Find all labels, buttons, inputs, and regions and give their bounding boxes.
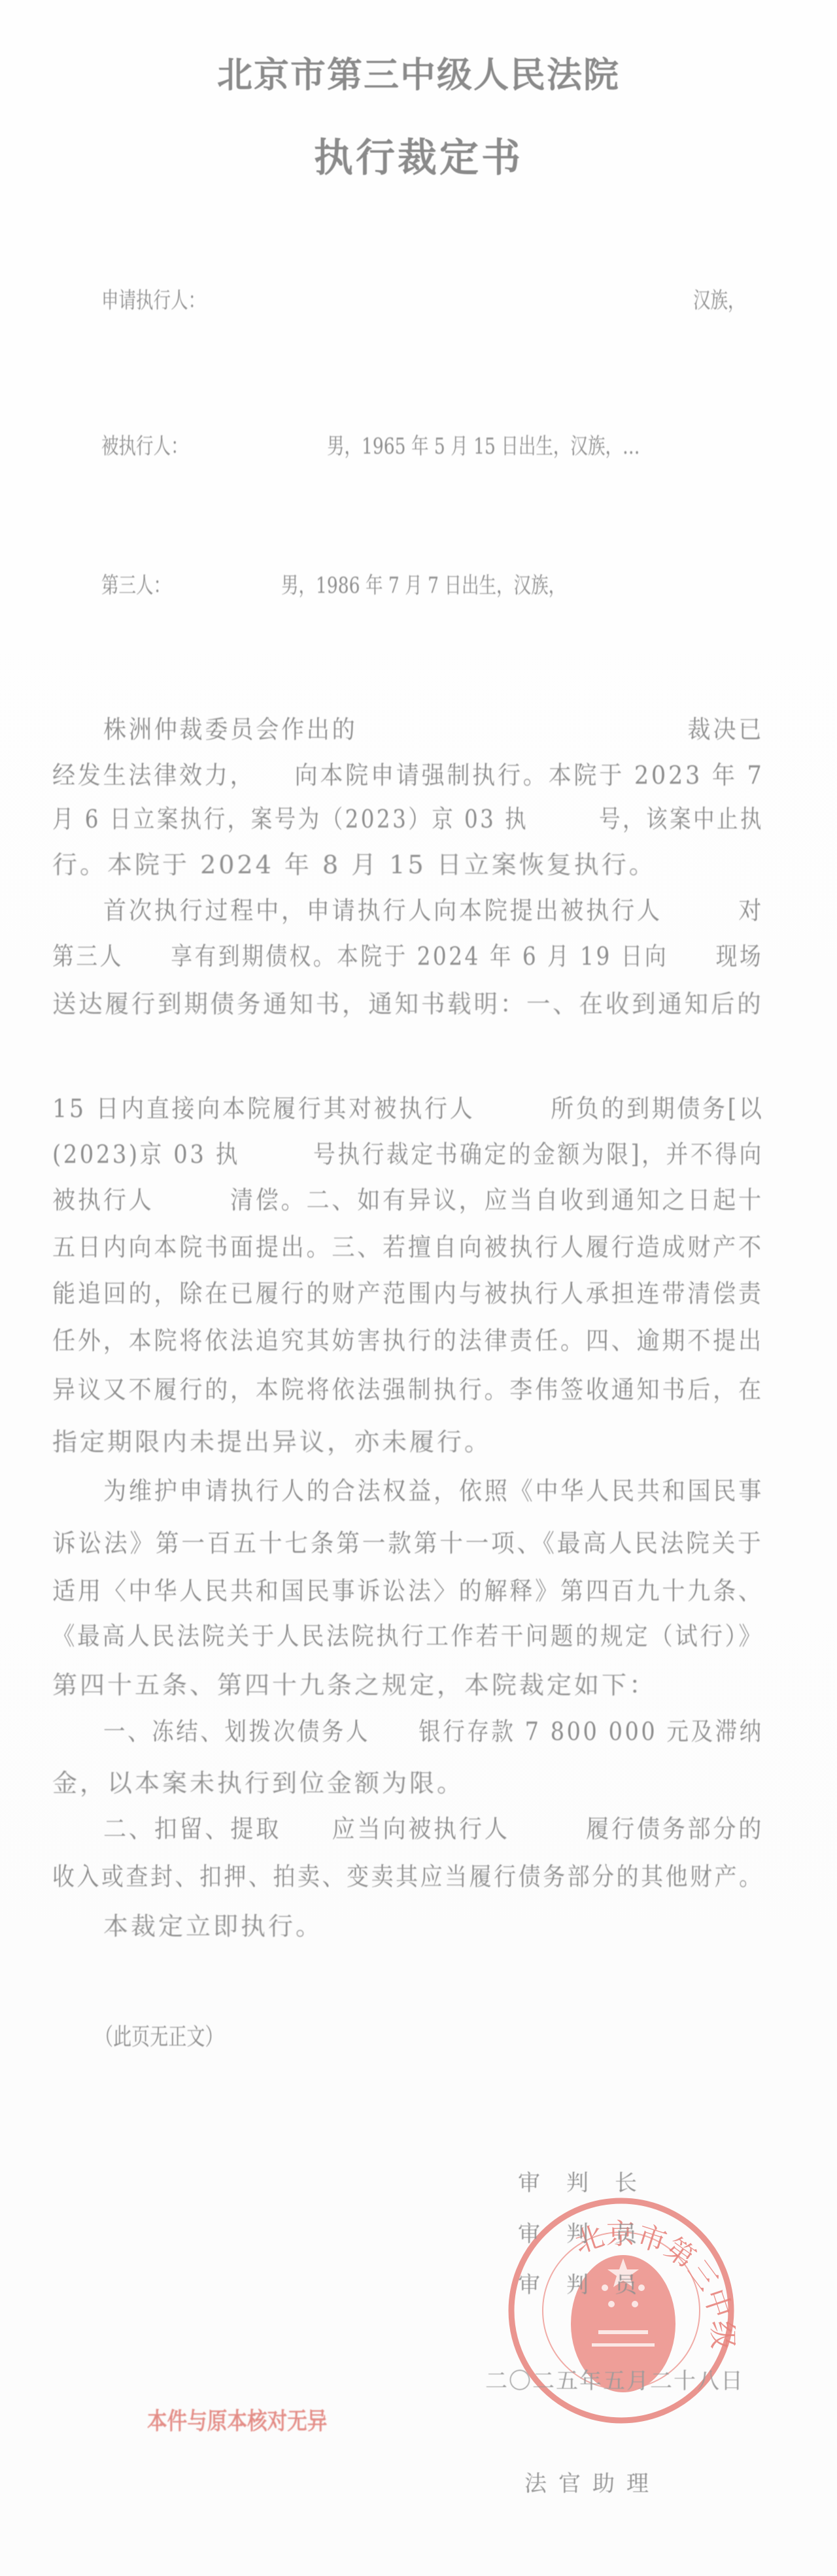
body-line: 第四十五条、第四十九条之规定，本院裁定如下： [52, 1665, 657, 1701]
body-line: 任外，本院将依法追究其妨害执行的法律责任。四、逾期不提出 [52, 1320, 764, 1356]
third-party-label: 第三人： [101, 567, 171, 599]
body-line: 指定期限内未提出异议，亦未履行。 [52, 1422, 492, 1458]
body-line: 月 6 日立案执行，案号为（2023）京 03 执 号，该案中止执 [52, 799, 764, 835]
no-text-note: （此页无正文） [95, 2018, 224, 2052]
ruling-date: 二〇二五年五月二十八日 [485, 2363, 744, 2395]
body-line: 适用〈中华人民共和国民事诉讼法〉的解释》第四百九十九条、 [52, 1571, 764, 1607]
respondent-info: 男，1965 年 5 月 15 日出生，汉族，… [327, 428, 640, 460]
body-line: 诉讼法》第一百五十七条第一款第十一项、《最高人民法院关于 [52, 1523, 764, 1559]
copy-certification-stamp: 本件与原本核对无异 [147, 2403, 327, 2436]
third-party-info: 男，1986 年 7 月 7 日出生，汉族， [281, 567, 566, 599]
body-line: 行。本院于 2024 年 8 月 15 日立案恢复执行。 [52, 845, 657, 880]
body-line: 能追回的，除在已履行的财产范围内与被执行人承担连带清偿责 [52, 1273, 764, 1309]
body-line: 送达履行到期债务通知书，通知书载明：一、在收到通知后的 [52, 984, 764, 1020]
body-line: 15 日内直接向本院履行其对被执行人 所负的到期债务[以 [52, 1088, 764, 1124]
body-line: 本裁定立即执行。 [103, 1906, 323, 1942]
applicant-ethnicity: 汉族， [693, 282, 745, 314]
respondent-label: 被执行人： [101, 428, 188, 460]
court-name: 北京市第三中级人民法院 [0, 47, 837, 97]
body-line: 为维护申请执行人的合法权益，依照《中华人民共和国民事 [103, 1471, 764, 1507]
presiding-judge-label: 审判长 [518, 2165, 663, 2197]
body-line: 第三人 享有到期债权。本院于 2024 年 6 月 19 日向 现场 [52, 936, 763, 972]
body-line: 收入或查封、扣押、拍卖、变卖其应当履行债务部分的其他财产。 [52, 1856, 764, 1892]
body-line: (2023)京 03 执 号执行裁定书确定的金额为限]，并不得向 [52, 1134, 764, 1170]
body-line: 五日内向本院书面提出。三、若擅自向被执行人履行造成财产不 [52, 1227, 764, 1263]
judge-assistant-label: 法官助理 [524, 2466, 660, 2498]
judge-2-label: 审判员 [518, 2267, 663, 2299]
judge-1-label: 审判员 [518, 2216, 663, 2248]
body-line: 经发生法律效力， 向本院申请强制执行。本院于 2023 年 7 [52, 755, 764, 791]
applicant-label: 申请执行人： [101, 282, 205, 314]
body-line: 《最高人民法院关于人民法院执行工作若干问题的规定（试行）》 [52, 1616, 764, 1652]
body-line: 株洲仲裁委员会作出的 裁决已 [103, 709, 764, 745]
body-line: 二、扣留、提取 应当向被执行人 履行债务部分的 [103, 1809, 764, 1845]
document-title: 执行裁定书 [0, 127, 837, 183]
body-line: 被执行人 清偿。二、如有异议，应当自收到通知之日起十 [52, 1180, 764, 1216]
body-line: 异议又不履行的，本院将依法强制执行。李伟签收通知书后，在 [52, 1369, 764, 1405]
body-line: 一、冻结、划拨次债务人 银行存款 7 800 000 元及滞纳 [103, 1711, 764, 1747]
body-line: 首次执行过程中，申请执行人向本院提出被执行人 对 [103, 890, 764, 926]
document-page: 北京市第三中级人民法院 执行裁定书 申请执行人： 汉族， 被执行人： 男，196… [0, 0, 837, 2576]
body-line: 金，以本案未执行到位金额为限。 [52, 1763, 464, 1799]
